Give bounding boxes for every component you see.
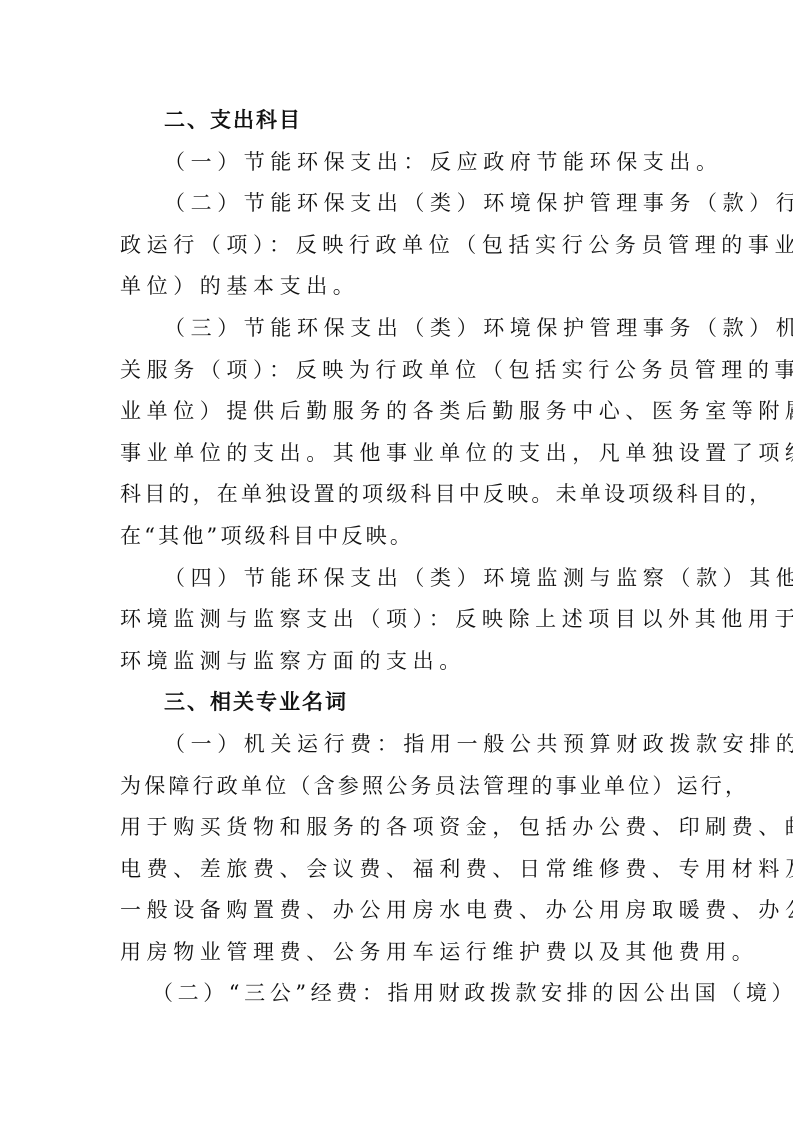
paragraph-line: 环境监测与监察支出（项）：反映除上述项目以外其他用于: [120, 599, 676, 641]
paragraph-line: （四）节能环保支出（类）环境监测与监察（款）其他: [120, 558, 676, 600]
paragraph-line: 电费、差旅费、会议费、福利费、日常维修费、专用材料及: [120, 849, 676, 891]
paragraph-admin-operation: （二）节能环保支出（类）环境保护管理事务（款）行 政运行（项）：反映行政单位（包…: [120, 183, 676, 308]
paragraph-line: 科目的，在单独设置的项级科目中反映。未单设项级科目的，: [120, 474, 676, 516]
paragraph-line: 用于购买货物和服务的各项资金，包括办公费、印刷费、邮: [120, 807, 676, 849]
paragraph-line: （一）节能环保支出：反应政府节能环保支出。: [120, 142, 676, 184]
paragraph-agency-services: （三）节能环保支出（类）环境保护管理事务（款）机 关服务（项）：反映为行政单位（…: [120, 308, 676, 558]
paragraph-line: 在“其他”项级科目中反映。: [120, 516, 676, 558]
paragraph-line: 单位）的基本支出。: [120, 266, 676, 308]
section-heading-terms: 三、相关专业名词: [120, 682, 676, 724]
paragraph-line: 环境监测与监察方面的支出。: [120, 641, 676, 683]
document-body: 二、支出科目 （一）节能环保支出：反应政府节能环保支出。 （二）节能环保支出（类…: [120, 100, 676, 1015]
paragraph-line: （二）“三公”经费：指用财政拨款安排的因公出国（境）: [120, 973, 676, 1015]
paragraph-line: 一般设备购置费、办公用房水电费、办公用房取暖费、办公: [120, 890, 676, 932]
paragraph-line: 业单位）提供后勤服务的各类后勤服务中心、医务室等附属: [120, 391, 676, 433]
paragraph-line: 事业单位的支出。其他事业单位的支出，凡单独设置了项级: [120, 433, 676, 475]
paragraph-env-monitoring: （四）节能环保支出（类）环境监测与监察（款）其他 环境监测与监察支出（项）：反映…: [120, 558, 676, 683]
section-heading-expenditure-items: 二、支出科目: [120, 100, 676, 142]
paragraph-line: 政运行（项）：反映行政单位（包括实行公务员管理的事业: [120, 225, 676, 267]
paragraph-line: 为保障行政单位（含参照公务员法管理的事业单位）运行，: [120, 766, 676, 808]
document-page: 二、支出科目 （一）节能环保支出：反应政府节能环保支出。 （二）节能环保支出（类…: [0, 0, 793, 1122]
paragraph-three-public-expenses: （二）“三公”经费：指用财政拨款安排的因公出国（境）: [120, 973, 676, 1015]
paragraph-agency-operating-costs: （一）机关运行费：指用一般公共预算财政拨款安排的 为保障行政单位（含参照公务员法…: [120, 724, 676, 974]
paragraph-line: 用房物业管理费、公务用车运行维护费以及其他费用。: [120, 932, 676, 974]
paragraph-line: 关服务（项）：反映为行政单位（包括实行公务员管理的事: [120, 350, 676, 392]
paragraph-energy-env-expenditure: （一）节能环保支出：反应政府节能环保支出。: [120, 142, 676, 184]
paragraph-line: （三）节能环保支出（类）环境保护管理事务（款）机: [120, 308, 676, 350]
paragraph-line: （一）机关运行费：指用一般公共预算财政拨款安排的: [120, 724, 676, 766]
paragraph-line: （二）节能环保支出（类）环境保护管理事务（款）行: [120, 183, 676, 225]
